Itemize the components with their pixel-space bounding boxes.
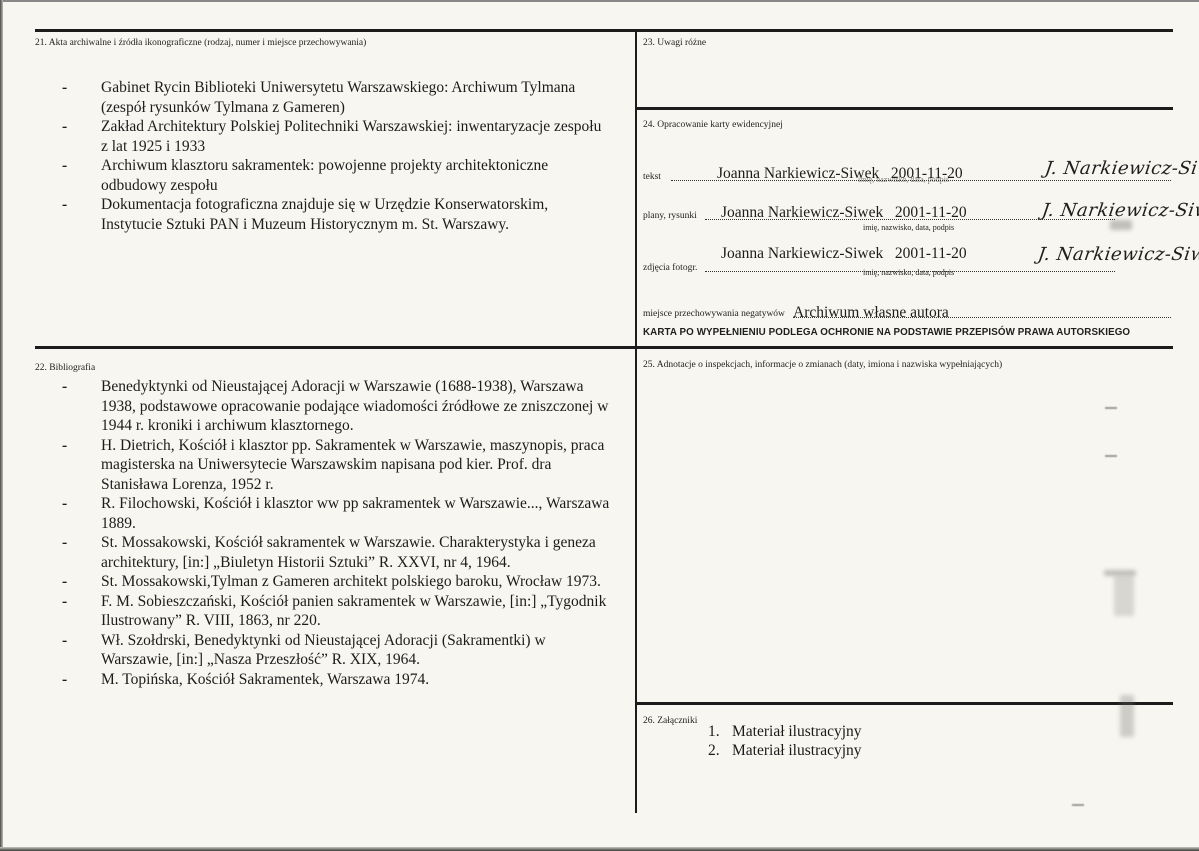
rule-24-25 — [636, 346, 1173, 349]
list-number: 1. — [708, 722, 720, 741]
scan-smudge — [1120, 695, 1134, 737]
section-22-label: 22. Bibliografia — [35, 363, 95, 373]
list-item: Archiwum klasztoru sakramentek: powojenn… — [62, 156, 602, 195]
scan-smudge — [1110, 220, 1132, 230]
signature-plans: J. Narkiewicz-Siwek — [1041, 200, 1199, 221]
field-label-negatives: miejsce przechowywania negatywów — [643, 309, 793, 319]
rule-21-22 — [35, 346, 636, 349]
field-row-negatives: miejsce przechowywania negatywów Archiwu… — [643, 300, 1171, 322]
list-item: Gabinet Rycin Biblioteki Uniwersytetu Wa… — [62, 78, 602, 117]
scan-smudge — [1114, 576, 1134, 616]
list-item: M. Topińska, Kościół Sakramentek, Warsza… — [62, 670, 610, 690]
bibliography-list: Benedyktynki od Nieustającej Adoracji w … — [62, 377, 610, 689]
center-divider — [635, 29, 637, 813]
list-item: H. Dietrich, Kościół i klasztor pp. Sakr… — [62, 436, 610, 495]
list-number: 2. — [708, 741, 720, 760]
section-25-label: 25. Adnotacje o inspekcjach, informacje … — [643, 360, 1002, 370]
scan-edge-bottom — [0, 847, 1199, 851]
list-item: Benedyktynki od Nieustającej Adoracji w … — [62, 377, 610, 436]
signature-photos: J. Narkiewicz-Siwek — [1037, 244, 1199, 265]
rule-23-24 — [636, 107, 1173, 110]
copyright-notice: KARTA PO WYPEŁNIENIU PODLEGA OCHRONIE NA… — [643, 327, 1130, 338]
list-item: St. Mossakowski,Tylman z Gameren archite… — [62, 572, 610, 592]
list-item: R. Filochowski, Kościół i klasztor ww pp… — [62, 494, 610, 533]
field-value-photos: Joanna Narkiewicz-Siwek 2001-11-20 — [721, 245, 967, 263]
field-hint-text: imię, nazwisko, data, podpis — [858, 175, 949, 184]
signature-text: J. Narkiewicz-Siwek — [1044, 158, 1199, 179]
list-item: 1. Materiał ilustracyjny — [708, 722, 862, 741]
section-26-label: 26. Załączniki — [643, 716, 697, 726]
field-label-photos: zdjęcia fotogr. — [643, 263, 697, 273]
field-value-plans: Joanna Narkiewicz-Siwek 2001-11-20 — [721, 204, 967, 222]
section-21-label: 21. Akta archiwalne i źródła ikonografic… — [35, 38, 366, 48]
list-item: St. Mossakowski, Kościół sakramentek w W… — [62, 533, 610, 572]
list-item: F. M. Sobieszczański, Kościół panien sak… — [62, 592, 610, 631]
field-label-text: tekst — [643, 172, 661, 182]
archival-sources-list: Gabinet Rycin Biblioteki Uniwersytetu Wa… — [62, 78, 602, 234]
field-value-negatives: Archiwum własne autora — [793, 304, 949, 322]
field-hint-plans: imię, nazwisko, data, podpis — [863, 223, 954, 232]
list-text: Materiał ilustracyjny — [732, 742, 862, 759]
scan-edge-left — [0, 0, 3, 851]
scan-mark — [1072, 804, 1084, 806]
section-23-label: 23. Uwagi różne — [643, 38, 706, 48]
list-item: Wł. Szołdrski, Benedyktynki od Nieustają… — [62, 631, 610, 670]
scan-mark — [1105, 455, 1117, 457]
scan-mark — [1105, 407, 1117, 409]
section-24-label: 24. Opracowanie karty ewidencyjnej — [643, 120, 783, 130]
top-rule — [35, 29, 1173, 32]
field-hint-photos: imię, nazwisko, data, podpis — [863, 268, 954, 277]
list-item: Zakład Architektury Polskiej Politechnik… — [62, 117, 602, 156]
list-item: 2. Materiał ilustracyjny — [708, 741, 862, 760]
field-label-plans: plany, rysunki — [643, 211, 697, 221]
attachments-list: 1. Materiał ilustracyjny 2. Materiał ilu… — [708, 722, 862, 760]
list-item: Dokumentacja fotograficzna znajduje się … — [62, 195, 602, 234]
scan-edge-top — [0, 0, 1199, 2]
rule-25-26 — [636, 702, 1173, 705]
list-text: Materiał ilustracyjny — [732, 723, 862, 740]
